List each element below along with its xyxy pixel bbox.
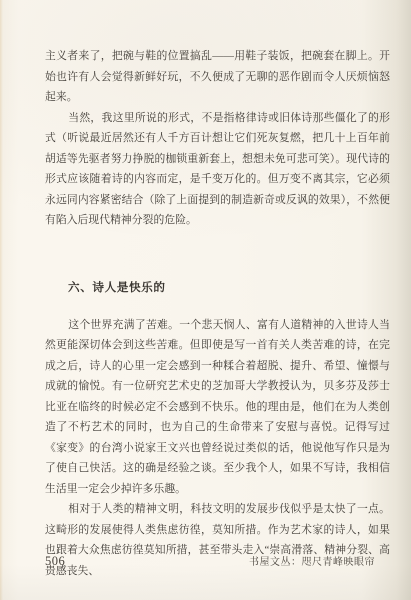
book-page-scan: 主义者来了，把碗与鞋的位置搞乱——用鞋子装饭，把碗套在脚上。开始也许有人会觉得新… [0, 0, 411, 600]
book-series-title: 书屋文丛：咫尺青峰映眼帘 [249, 553, 375, 568]
paragraph-continuation: 主义者来了，把碗与鞋的位置搞乱——用鞋子装饭，把碗套在脚上。开始也许有人会觉得新… [45, 46, 390, 108]
page-body: 主义者来了，把碗与鞋的位置搞乱——用鞋子装饭，把碗套在脚上。开始也许有人会觉得新… [45, 0, 390, 581]
paragraph: 这个世界充满了苦难。一个悲天悯人、富有人道精神的入世诗人当然更能深切体会到这些苦… [45, 315, 390, 500]
paragraph: 当然，我这里所说的形式，不是指格律诗或旧体诗那些僵化了的形式（听说最近居然还有人… [45, 108, 390, 231]
section-heading: 六、诗人是快乐的 [45, 277, 390, 298]
page-footer: 506 书屋文丛：咫尺青峰映眼帘 [45, 553, 375, 569]
page-number: 506 [45, 554, 65, 569]
